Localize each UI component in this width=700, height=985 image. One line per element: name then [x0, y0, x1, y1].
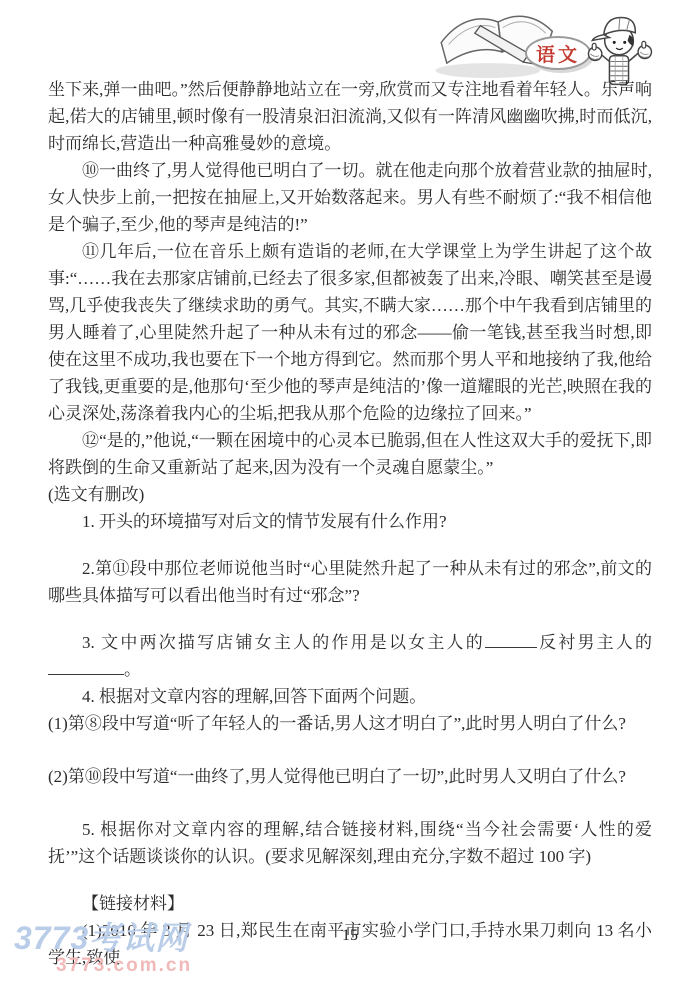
article-paragraph-11: ⑪几年后,一位在音乐上颇有造诣的老师,在大学课堂上为学生讲起了这个故事:“……我… — [48, 238, 652, 427]
site-watermark: 3773考试网 3773.com.cn — [14, 922, 192, 975]
article-paragraph-10: ⑩一曲终了,男人觉得他已明白了一切。就在他走向那个放着营业款的抽屉时,女人快步上… — [48, 157, 652, 238]
question-1: 1. 开头的环境描写对后文的情节发展有什么作用? — [48, 508, 652, 535]
article-paragraph-12: ⑫“是的,”他说,“一颗在困境中的心灵本已脆弱,但在人性这双大手的爱抚下,即将跌… — [48, 427, 652, 481]
answer-space — [48, 737, 652, 763]
watermark-site-name: 3773考试网 — [14, 922, 192, 954]
question-2: 2.第⑪段中那位老师说他当时“心里陡然升起了一种从未有过的邪念”,前文的哪些具体… — [48, 555, 652, 609]
watermark-site-url: 3773.com.cn — [56, 956, 192, 975]
question-3-period: 。 — [124, 660, 141, 679]
answer-space — [48, 870, 652, 890]
question-4-sub-2: (2)第⑩段中写道“一曲终了,男人觉得他已明白了一切”,此时男人又明白了什么? — [48, 763, 652, 790]
question-3-text-2: 反衬男主人的 — [537, 633, 652, 652]
article-source-note: (选文有删改) — [48, 481, 652, 508]
exam-page: 语文 — [0, 0, 700, 985]
question-4-sub-1: (1)第⑧段中写道“听了年轻人的一番话,男人这才明白了”,此时男人明白了什么? — [48, 710, 652, 737]
fill-in-blank-1 — [485, 630, 537, 648]
question-5: 5. 根据你对文章内容的理解,结合链接材料,围绕“当今社会需要‘人性的爱抚’”这… — [48, 816, 652, 870]
question-4: 4. 根据对文章内容的理解,回答下面两个问题。 — [48, 683, 652, 710]
fill-in-blank-2 — [48, 657, 124, 675]
answer-space — [48, 535, 652, 555]
answer-space — [48, 609, 652, 629]
exam-body: 坐下来,弹一曲吧。”然后便静静地站立在一旁,欣赏而又专注地看着年轻人。乐声响起,… — [48, 76, 652, 971]
question-3-text-1: 3. 文中两次描写店铺女主人的作用是以女主人的 — [82, 633, 485, 652]
question-3: 3. 文中两次描写店铺女主人的作用是以女主人的反衬男主人的。 — [48, 629, 652, 683]
link-material-title: 【链接材料】 — [48, 890, 652, 917]
subject-label: 语文 — [536, 40, 580, 67]
answer-space — [48, 790, 652, 816]
article-paragraph-end: 坐下来,弹一曲吧。”然后便静静地站立在一旁,欣赏而又专注地看着年轻人。乐声响起,… — [48, 76, 652, 157]
